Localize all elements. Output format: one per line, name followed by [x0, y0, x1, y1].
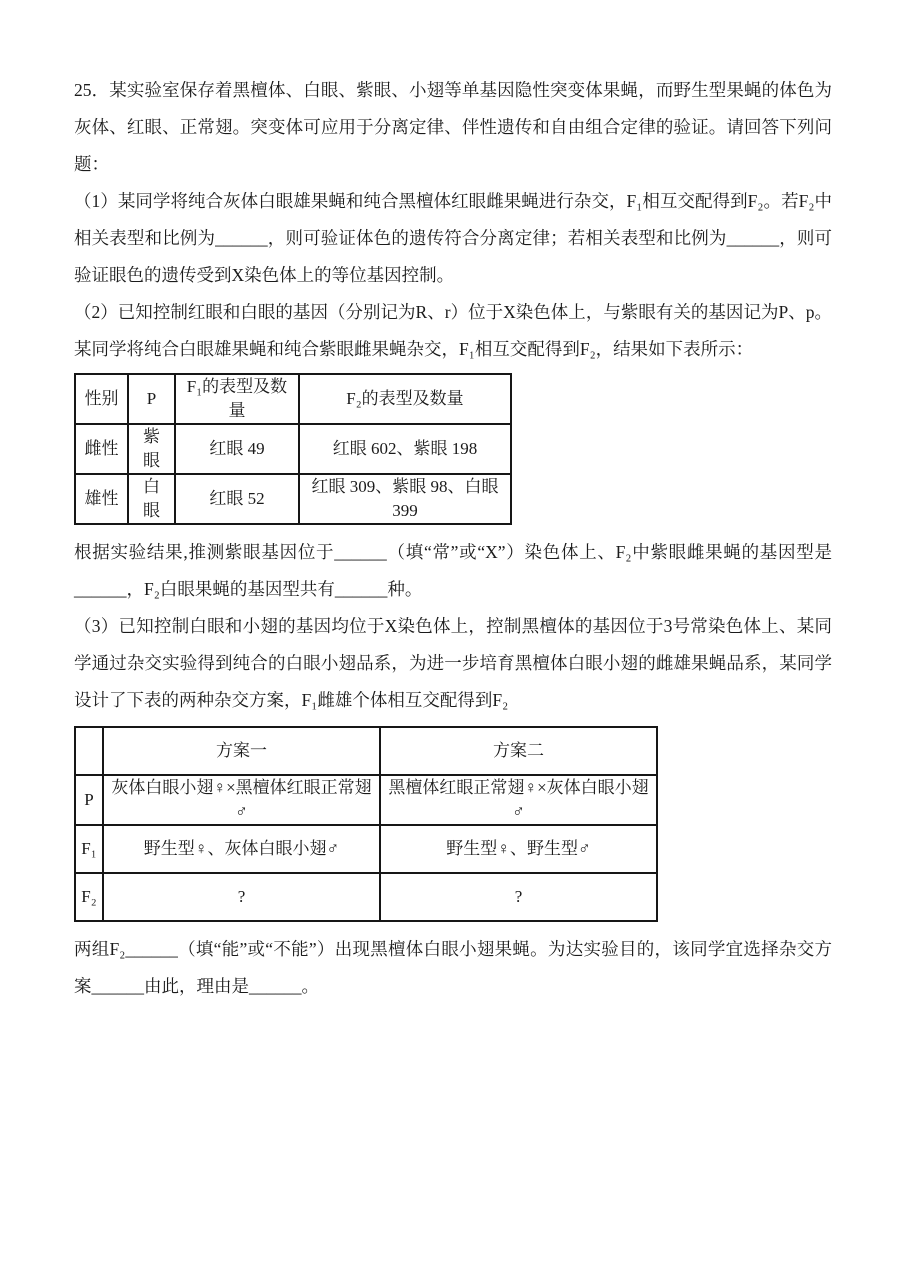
closing-paragraph: 两组F₂______（填“能”或“不能”）出现黑檀体白眼小翅果蝇。为达实验目的，… [74, 931, 832, 1005]
cell-male-p: 白眼 [128, 474, 175, 524]
header-cell-f2: F₂的表型及数量 [299, 374, 511, 424]
intro-paragraph: 25．某实验室保存着黑檀体、白眼、紫眼、小翅等单基因隐性突变体果蝇，而野生型果蝇… [74, 72, 832, 183]
header-cell-p: P [128, 374, 175, 424]
table-row: 性别 P F₁的表型及数量 F₂的表型及数量 [75, 374, 511, 424]
cell-scheme1-f1: 野生型♀、灰体白眼小翅♂ [103, 825, 380, 873]
part-3-paragraph: （3）已知控制白眼和小翅的基因均位于X染色体上，控制黑檀体的基因位于3号常染色体… [74, 608, 832, 719]
cell-female-f1: 红眼 49 [175, 424, 299, 474]
table-row: 雌性 紫眼 红眼 49 红眼 602、紫眼 198 [75, 424, 511, 474]
cell-f1-label: F₁ [75, 825, 103, 873]
table-row: P 灰体白眼小翅♀×黑檀体红眼正常翅♂ 黑檀体红眼正常翅♀×灰体白眼小翅♂ [75, 775, 657, 825]
table1-followup-paragraph: 根据实验结果,推测紫眼基因位于______（填“常”或“X”）染色体上、F₂中紫… [74, 534, 832, 608]
table-row: 雄性 白眼 红眼 52 红眼 309、紫眼 98、白眼 399 [75, 474, 511, 524]
f2-results-table: 性别 P F₁的表型及数量 F₂的表型及数量 雌性 紫眼 红眼 49 红眼 60… [74, 373, 512, 525]
cell-female-f2: 红眼 602、紫眼 198 [299, 424, 511, 474]
cell-scheme2-f2: ? [380, 873, 657, 921]
cell-scheme2-p: 黑檀体红眼正常翅♀×灰体白眼小翅♂ [380, 775, 657, 825]
header-cell-empty [75, 727, 103, 775]
cross-schemes-table: 方案一 方案二 P 灰体白眼小翅♀×黑檀体红眼正常翅♂ 黑檀体红眼正常翅♀×灰体… [74, 726, 658, 922]
header-cell-scheme2: 方案二 [380, 727, 657, 775]
cell-scheme1-f2: ? [103, 873, 380, 921]
cell-male-f2: 红眼 309、紫眼 98、白眼 399 [299, 474, 511, 524]
header-cell-scheme1: 方案一 [103, 727, 380, 775]
header-cell-f1: F₁的表型及数量 [175, 374, 299, 424]
question-25: 25．某实验室保存着黑檀体、白眼、紫眼、小翅等单基因隐性突变体果蝇，而野生型果蝇… [0, 0, 900, 1005]
header-cell-sex: 性别 [75, 374, 128, 424]
table-row: 方案一 方案二 [75, 727, 657, 775]
part-1-paragraph: （1）某同学将纯合灰体白眼雄果蝇和纯合黑檀体红眼雌果蝇进行杂交，F₁相互交配得到… [74, 183, 832, 294]
table-row: F₂ ? ? [75, 873, 657, 921]
cell-scheme1-p: 灰体白眼小翅♀×黑檀体红眼正常翅♂ [103, 775, 380, 825]
cell-scheme2-f1: 野生型♀、野生型♂ [380, 825, 657, 873]
cell-f2-label: F₂ [75, 873, 103, 921]
table-row: F₁ 野生型♀、灰体白眼小翅♂ 野生型♀、野生型♂ [75, 825, 657, 873]
cell-female: 雌性 [75, 424, 128, 474]
cell-male-f1: 红眼 52 [175, 474, 299, 524]
cell-p-label: P [75, 775, 103, 825]
cell-male: 雄性 [75, 474, 128, 524]
part-2-paragraph: （2）已知控制红眼和白眼的基因（分别记为R、r）位于X染色体上，与紫眼有关的基因… [74, 294, 832, 368]
cell-female-p: 紫眼 [128, 424, 175, 474]
exam-page: 25．某实验室保存着黑檀体、白眼、紫眼、小翅等单基因隐性突变体果蝇，而野生型果蝇… [0, 0, 900, 1273]
